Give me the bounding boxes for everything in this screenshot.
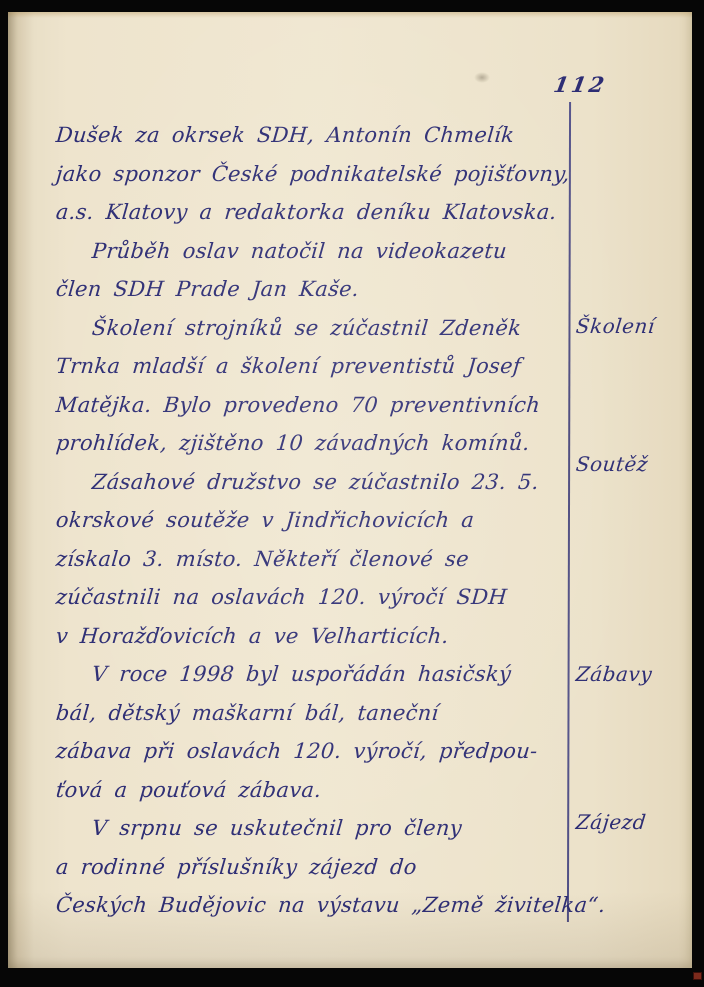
handwritten-line: Zásahové družstvo se zúčastnilo 23. 5. (54, 463, 573, 502)
handwritten-line: a.s. Klatovy a redaktorka deníku Klatovs… (54, 193, 573, 232)
handwritten-line: Českých Budějovic na výstavu „Země živit… (54, 886, 573, 925)
margin-note-skoleni: Školení (575, 314, 656, 338)
handwritten-line: Trnka mladší a školení preventistů Josef (54, 347, 573, 386)
handwritten-line: zábava při oslavách 120. výročí, předpou… (54, 732, 573, 771)
margin-note-zabavy: Zábavy (575, 662, 654, 686)
paper-smudge (474, 72, 490, 83)
handwritten-line: získalo 3. místo. Někteří členové se (54, 540, 573, 579)
margin-note-zajezd: Zájezd (575, 810, 648, 834)
handwritten-line: člen SDH Prade Jan Kaše. (54, 270, 573, 309)
scanned-page-photo: 112 Dušek za okrsek SDH, Antonín Chmelík… (0, 0, 704, 987)
body-text: Dušek za okrsek SDH, Antonín Chmelík jak… (56, 116, 572, 925)
handwritten-line: jako sponzor České podnikatelské pojišťo… (54, 155, 573, 194)
handwritten-line: Průběh oslav natočil na videokazetu (54, 232, 573, 271)
handwritten-line: okrskové soutěže v Jindřichovicích a (54, 501, 573, 540)
handwritten-line: Dušek za okrsek SDH, Antonín Chmelík (54, 116, 573, 155)
scan-artifact-dot (693, 972, 702, 980)
handwritten-line: prohlídek, zjištěno 10 závadných komínů. (54, 424, 573, 463)
chronicle-page: 112 Dušek za okrsek SDH, Antonín Chmelík… (8, 12, 692, 968)
handwritten-line: V srpnu se uskutečnil pro členy (54, 809, 573, 848)
handwritten-line: a rodinné příslušníky zájezd do (54, 848, 573, 887)
handwritten-line: bál, dětský maškarní bál, taneční (54, 694, 573, 733)
margin-note-soutez: Soutěž (575, 452, 650, 476)
handwritten-line: V roce 1998 byl uspořádán hasičský (54, 655, 573, 694)
handwritten-line: Školení strojníků se zúčastnil Zdeněk (54, 309, 573, 348)
handwritten-line: v Horažďovicích a ve Velharticích. (54, 617, 573, 656)
page-number: 112 (552, 72, 609, 97)
handwritten-line: zúčastnili na oslavách 120. výročí SDH (54, 578, 573, 617)
handwritten-line: Matějka. Bylo provedeno 70 preventivních (54, 386, 573, 425)
handwritten-line: ťová a pouťová zábava. (54, 771, 573, 810)
